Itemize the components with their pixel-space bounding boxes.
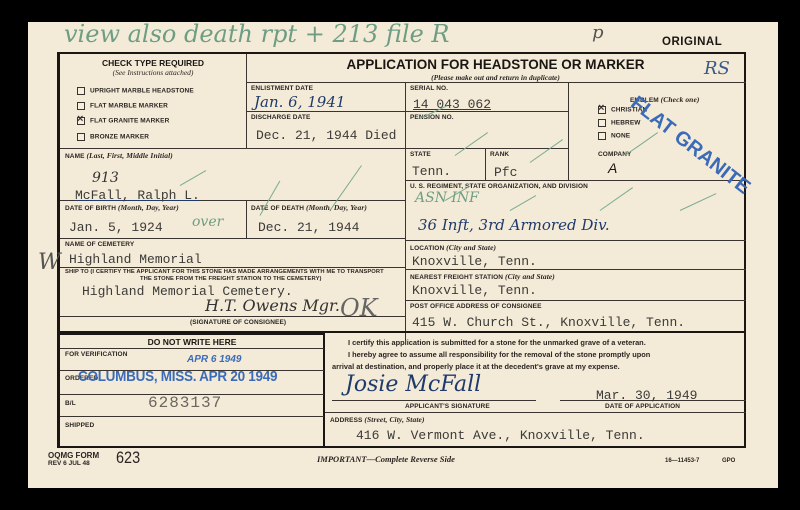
discharge-date-label: DISCHARGE DATE bbox=[251, 114, 310, 121]
form-number: 623 bbox=[116, 448, 140, 468]
company-value[interactable]: A bbox=[608, 160, 617, 176]
columbus-stamp: COLUMBUS, MISS. APR 20 1949 bbox=[78, 368, 277, 385]
type-option-bronze[interactable]: BRONZE MARKER bbox=[77, 133, 149, 141]
birth-date-value[interactable]: Jan. 5, 1924 bbox=[69, 220, 163, 235]
emblem-option-none[interactable]: NONE bbox=[598, 132, 630, 140]
important-note: IMPORTANT—Complete Reverse Side bbox=[317, 454, 455, 464]
check-type-subtitle: (See Instructions attached) bbox=[60, 68, 246, 77]
top-handwritten-note: view also death rpt + 213 file R bbox=[64, 20, 449, 48]
enlistment-date-label: ENLISTMENT DATE bbox=[251, 85, 313, 92]
emblem-option-hebrew[interactable]: HEBREW bbox=[598, 119, 641, 127]
top-initial: p bbox=[592, 22, 604, 43]
form-title: APPLICATION FOR HEADSTONE OR MARKER bbox=[248, 57, 743, 72]
freight-station-value[interactable]: Knoxville, Tenn. bbox=[412, 283, 537, 298]
consignee-ok-note: OK bbox=[340, 294, 378, 322]
enlistment-date-value[interactable]: Jan. 6, 1941 bbox=[254, 93, 345, 111]
applicant-signature-label: APPLICANT'S SIGNATURE bbox=[405, 403, 490, 410]
corner-initials: RS bbox=[704, 58, 730, 79]
state-value[interactable]: Tenn. bbox=[412, 164, 451, 179]
gpo-mark: GPO bbox=[722, 458, 735, 464]
office-use-title: DO NOT WRITE HERE bbox=[60, 337, 324, 347]
checkbox[interactable] bbox=[598, 132, 606, 140]
address-value[interactable]: 416 W. Vermont Ave., Knoxville, Tenn. bbox=[356, 428, 645, 443]
name-note: 913 bbox=[92, 170, 119, 186]
location-label: LOCATION (City and State) bbox=[410, 243, 496, 252]
cemetery-value[interactable]: Highland Memorial bbox=[69, 252, 202, 267]
name-label: NAME (Last, First, Middle Initial) bbox=[65, 151, 173, 160]
location-value[interactable]: Knoxville, Tenn. bbox=[412, 254, 537, 269]
cemetery-label: NAME OF CEMETERY bbox=[65, 241, 134, 248]
consignee-signature[interactable]: H.T. Owens Mgr. bbox=[205, 296, 340, 315]
bill-of-lading-label: B/L bbox=[65, 400, 76, 407]
type-option-upright-marble[interactable]: UPRIGHT MARBLE HEADSTONE bbox=[77, 87, 194, 95]
birth-date-label: DATE OF BIRTH (Month, Day, Year) bbox=[65, 203, 179, 212]
shipped-label: SHIPPED bbox=[65, 422, 94, 429]
checkbox-checked[interactable] bbox=[598, 106, 606, 114]
address-label: ADDRESS (Street, City, State) bbox=[330, 415, 425, 424]
checkbox[interactable] bbox=[77, 102, 85, 110]
name-value[interactable]: McFall, Ralph L. bbox=[75, 188, 200, 203]
consignee-address-label: POST OFFICE ADDRESS OF CONSIGNEE bbox=[410, 303, 542, 310]
bill-of-lading-value[interactable]: 6283137 bbox=[148, 394, 222, 412]
print-code: 16—11453-7 bbox=[665, 458, 699, 464]
state-label: STATE bbox=[410, 151, 431, 158]
discharge-date-value[interactable]: Dec. 21, 1944 Died bbox=[256, 128, 396, 143]
checkbox-checked[interactable] bbox=[77, 117, 85, 125]
pension-number-label: PENSION No. bbox=[410, 114, 454, 121]
verification-stamp: APR 6 1949 bbox=[187, 354, 241, 365]
ship-to-label-line2: THE STONE FROM THE FREIGHT STATION TO TH… bbox=[140, 276, 322, 282]
type-option-flat-granite[interactable]: FLAT GRANITE MARKER bbox=[77, 117, 169, 125]
regiment-label: U. S. REGIMENT, STATE ORGANIZATION, AND … bbox=[410, 183, 588, 190]
application-date-label: DATE OF APPLICATION bbox=[605, 403, 680, 410]
freight-station-label: NEAREST FREIGHT STATION (City and State) bbox=[410, 272, 555, 281]
check-type-header: CHECK TYPE REQUIRED (See Instructions at… bbox=[60, 58, 246, 77]
death-date-value[interactable]: Dec. 21, 1944 bbox=[258, 220, 359, 235]
checkbox[interactable] bbox=[598, 119, 606, 127]
verification-label: FOR VERIFICATION bbox=[65, 351, 128, 358]
checkbox[interactable] bbox=[77, 133, 85, 141]
original-label: ORIGINAL bbox=[662, 36, 722, 48]
form-identifier: OQMG FORM REV 6 JUL 48 bbox=[48, 452, 99, 468]
form-subtitle: (Please make out and return in duplicate… bbox=[248, 73, 743, 82]
applicant-signature[interactable]: Josie McFall bbox=[345, 372, 481, 397]
type-option-flat-marble[interactable]: FLAT MARBLE MARKER bbox=[77, 102, 168, 110]
death-date-label: DATE OF DEATH (Month, Day, Year) bbox=[251, 203, 367, 212]
rank-label: RANK bbox=[490, 151, 509, 158]
certification-text: I certify this application is submitted … bbox=[332, 337, 746, 373]
consignee-signature-label: (SIGNATURE OF CONSIGNEE) bbox=[190, 319, 286, 326]
serial-number-label: SERIAL No. bbox=[410, 85, 448, 92]
consignee-address-value[interactable]: 415 W. Church St., Knoxville, Tenn. bbox=[412, 315, 685, 330]
checkbox[interactable] bbox=[77, 87, 85, 95]
serial-number-value[interactable]: 14 043 062 bbox=[413, 97, 491, 112]
rank-value[interactable]: Pfc bbox=[494, 165, 517, 180]
ship-to-label-line1: SHIP TO (I CERTIFY THE APPLICANT FOR THI… bbox=[65, 269, 384, 275]
regiment-value[interactable]: 36 Inft, 3rd Armored Div. bbox=[418, 216, 610, 234]
birth-note: over bbox=[192, 214, 223, 230]
check-type-title: CHECK TYPE REQUIRED bbox=[60, 58, 246, 68]
margin-note: W bbox=[38, 250, 61, 275]
